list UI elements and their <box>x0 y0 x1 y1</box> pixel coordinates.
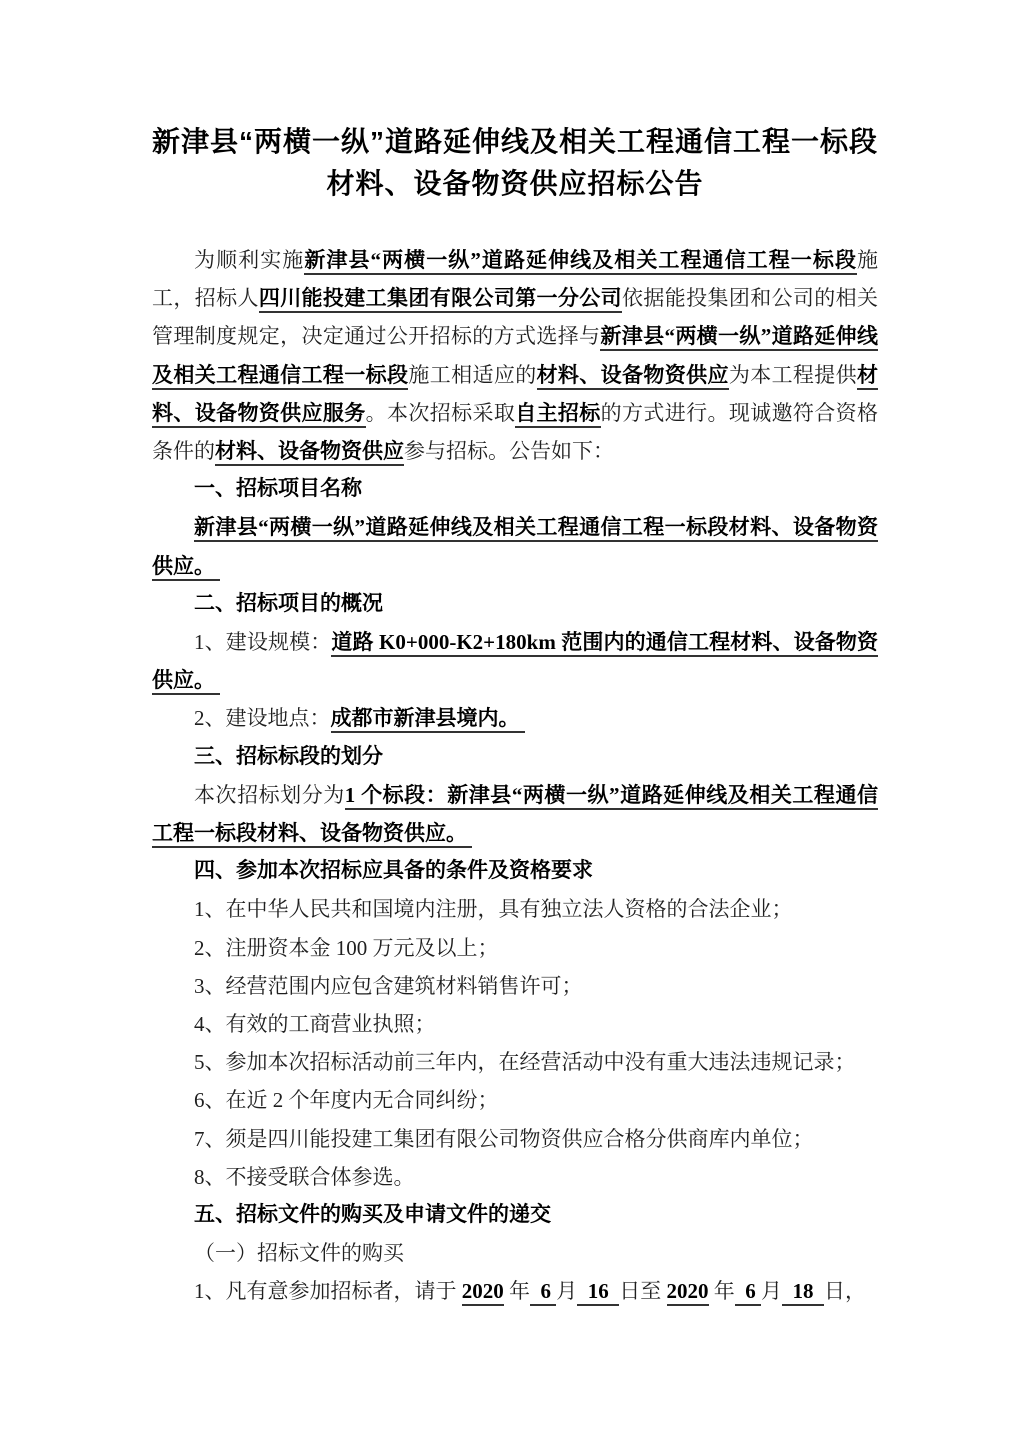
underlined-text-segment: 16 <box>577 1279 619 1306</box>
section-heading: 三、招标标段的划分 <box>152 738 878 776</box>
text-segment: 3、经营范围内应包含建筑材料销售许可； <box>194 974 583 998</box>
text-segment: 1、建设规模： <box>194 630 331 654</box>
paragraph: 1、凡有意参加招标者，请于 2020 年 6 月 16 日至 2020 年 6 … <box>152 1272 878 1310</box>
underlined-text-segment: 新津县“两横一纵”道路延伸线及相关工程通信工程一标段材料、设备物资供应。 <box>152 515 878 580</box>
paragraph: 5、参加本次招标活动前三年内，在经营活动中没有重大违法违规记录； <box>152 1043 878 1081</box>
underlined-text-segment: 材料、设备物资供应 <box>215 439 404 466</box>
text-segment: 。本次招标采取 <box>366 401 516 425</box>
text-segment: 月 <box>761 1279 782 1303</box>
section-heading: 二、招标项目的概况 <box>152 585 878 623</box>
paragraph: 2、注册资本金 100 万元及以上； <box>152 929 878 967</box>
underlined-text-segment: 6 <box>735 1279 761 1306</box>
paragraph: 2、建设地点：成都市新津县境内。 <box>152 699 878 737</box>
document-title-line2: 材料、设备物资供应招标公告 <box>152 163 878 205</box>
text-segment: 本次招标划分为 <box>194 783 345 807</box>
paragraph: 新津县“两横一纵”道路延伸线及相关工程通信工程一标段材料、设备物资供应。 <box>152 508 878 584</box>
text-segment: 7、须是四川能投建工集团有限公司物资供应合格分供商库内单位； <box>194 1127 814 1151</box>
section-heading: 四、参加本次招标应具备的条件及资格要求 <box>152 852 878 890</box>
paragraph: 6、在近 2 个年度内无合同纠纷； <box>152 1081 878 1119</box>
text-segment: 参与招标。公告如下： <box>404 439 614 463</box>
text-segment: 年 <box>504 1279 530 1303</box>
paragraph: 1、在中华人民共和国境内注册，具有独立法人资格的合法企业； <box>152 890 878 928</box>
text-segment: 二、招标项目的概况 <box>194 592 383 615</box>
paragraph: 8、不接受联合体参选。 <box>152 1158 878 1196</box>
document-body: 为顺利实施新津县“两横一纵”道路延伸线及相关工程通信工程一标段施工，招标人四川能… <box>152 241 878 1311</box>
text-segment: 月 <box>556 1279 577 1303</box>
underlined-text-segment: 6 <box>530 1279 556 1306</box>
paragraph: （一）招标文件的购买 <box>152 1234 878 1272</box>
underlined-text-segment: 新津县“两横一纵”道路延伸线及相关工程通信工程一标段 <box>304 248 857 275</box>
text-segment: 2、注册资本金 100 万元及以上； <box>194 936 499 960</box>
text-segment: 日， <box>824 1279 866 1303</box>
text-segment: 一、招标项目名称 <box>194 477 362 500</box>
underlined-text-segment: 自主招标 <box>515 401 600 428</box>
paragraph: 本次招标划分为1 个标段：新津县“两横一纵”道路延伸线及相关工程通信工程一标段材… <box>152 776 878 852</box>
underlined-text-segment: 18 <box>782 1279 824 1306</box>
text-segment: 1、凡有意参加招标者，请于 <box>194 1279 462 1303</box>
text-segment: 为顺利实施 <box>194 248 304 272</box>
text-segment: 五、招标文件的购买及申请文件的递交 <box>194 1203 551 1226</box>
text-segment: 4、有效的工商营业执照； <box>194 1012 436 1036</box>
text-segment: 2、建设地点： <box>194 706 331 730</box>
text-segment: 5、参加本次招标活动前三年内，在经营活动中没有重大违法违规记录； <box>194 1050 856 1074</box>
underlined-text-segment: 材料、设备物资供应 <box>537 363 729 390</box>
paragraph: 1、建设规模：道路 K0+000-K2+180km 范围内的通信工程材料、设备物… <box>152 623 878 699</box>
document-title: 新津县“两横一纵”道路延伸线及相关工程通信工程一标段 材料、设备物资供应招标公告 <box>152 121 878 205</box>
text-segment: 8、不接受联合体参选。 <box>194 1165 415 1189</box>
text-segment: 6、在近 2 个年度内无合同纠纷； <box>194 1088 499 1112</box>
section-heading: 一、招标项目名称 <box>152 470 878 508</box>
text-segment: （一）招标文件的购买 <box>194 1241 404 1265</box>
text-segment: 为本工程提供 <box>729 363 857 387</box>
text-segment: 年 <box>709 1279 735 1303</box>
paragraph: 3、经营范围内应包含建筑材料销售许可； <box>152 967 878 1005</box>
underlined-text-segment: 2020 <box>462 1279 504 1306</box>
text-segment: 日至 <box>619 1279 666 1303</box>
paragraph: 为顺利实施新津县“两横一纵”道路延伸线及相关工程通信工程一标段施工，招标人四川能… <box>152 241 878 470</box>
section-heading: 五、招标文件的购买及申请文件的递交 <box>152 1196 878 1234</box>
underlined-text-segment: 四川能投建工集团有限公司第一分公司 <box>259 286 622 313</box>
document-title-line1: 新津县“两横一纵”道路延伸线及相关工程通信工程一标段 <box>152 121 878 163</box>
underlined-text-segment: 2020 <box>667 1279 709 1306</box>
underlined-text-segment: 成都市新津县境内。 <box>331 706 525 733</box>
text-segment: 施工相适应的 <box>408 363 536 387</box>
document-page: 新津县“两横一纵”道路延伸线及相关工程通信工程一标段 材料、设备物资供应招标公告… <box>0 0 1030 1456</box>
text-segment: 1、在中华人民共和国境内注册，具有独立法人资格的合法企业； <box>194 897 793 921</box>
paragraph: 7、须是四川能投建工集团有限公司物资供应合格分供商库内单位； <box>152 1120 878 1158</box>
paragraph: 4、有效的工商营业执照； <box>152 1005 878 1043</box>
text-segment: 四、参加本次招标应具备的条件及资格要求 <box>194 859 593 882</box>
text-segment: 三、招标标段的划分 <box>194 745 383 768</box>
